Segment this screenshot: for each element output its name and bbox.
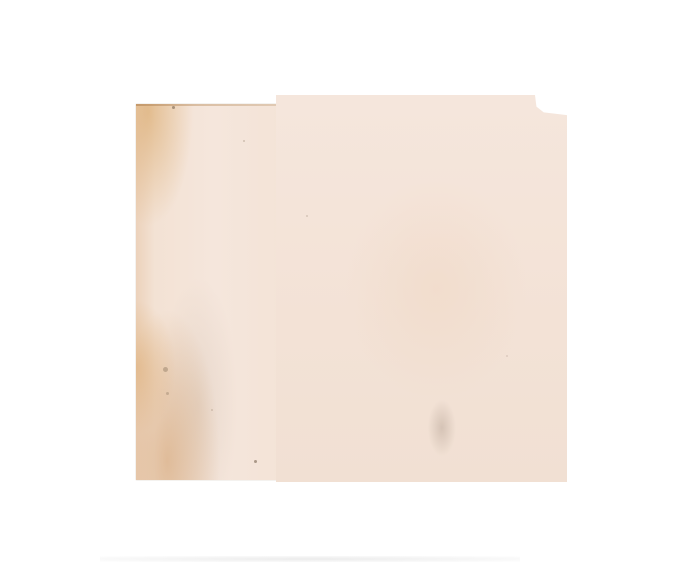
foxing-spot (506, 355, 508, 357)
foxing-spot (306, 215, 308, 217)
photo-scene (0, 0, 700, 562)
aged-paper-sheet-right (276, 95, 567, 482)
foxing-spot (163, 367, 168, 372)
foxing-spot (166, 392, 169, 395)
foxing-spot (172, 106, 175, 109)
foxing-spot (211, 409, 213, 411)
foxing-spot (254, 460, 257, 463)
aged-paper-sheet-left (136, 104, 292, 480)
floor-shadow (100, 556, 520, 562)
foxing-spot (243, 140, 245, 142)
